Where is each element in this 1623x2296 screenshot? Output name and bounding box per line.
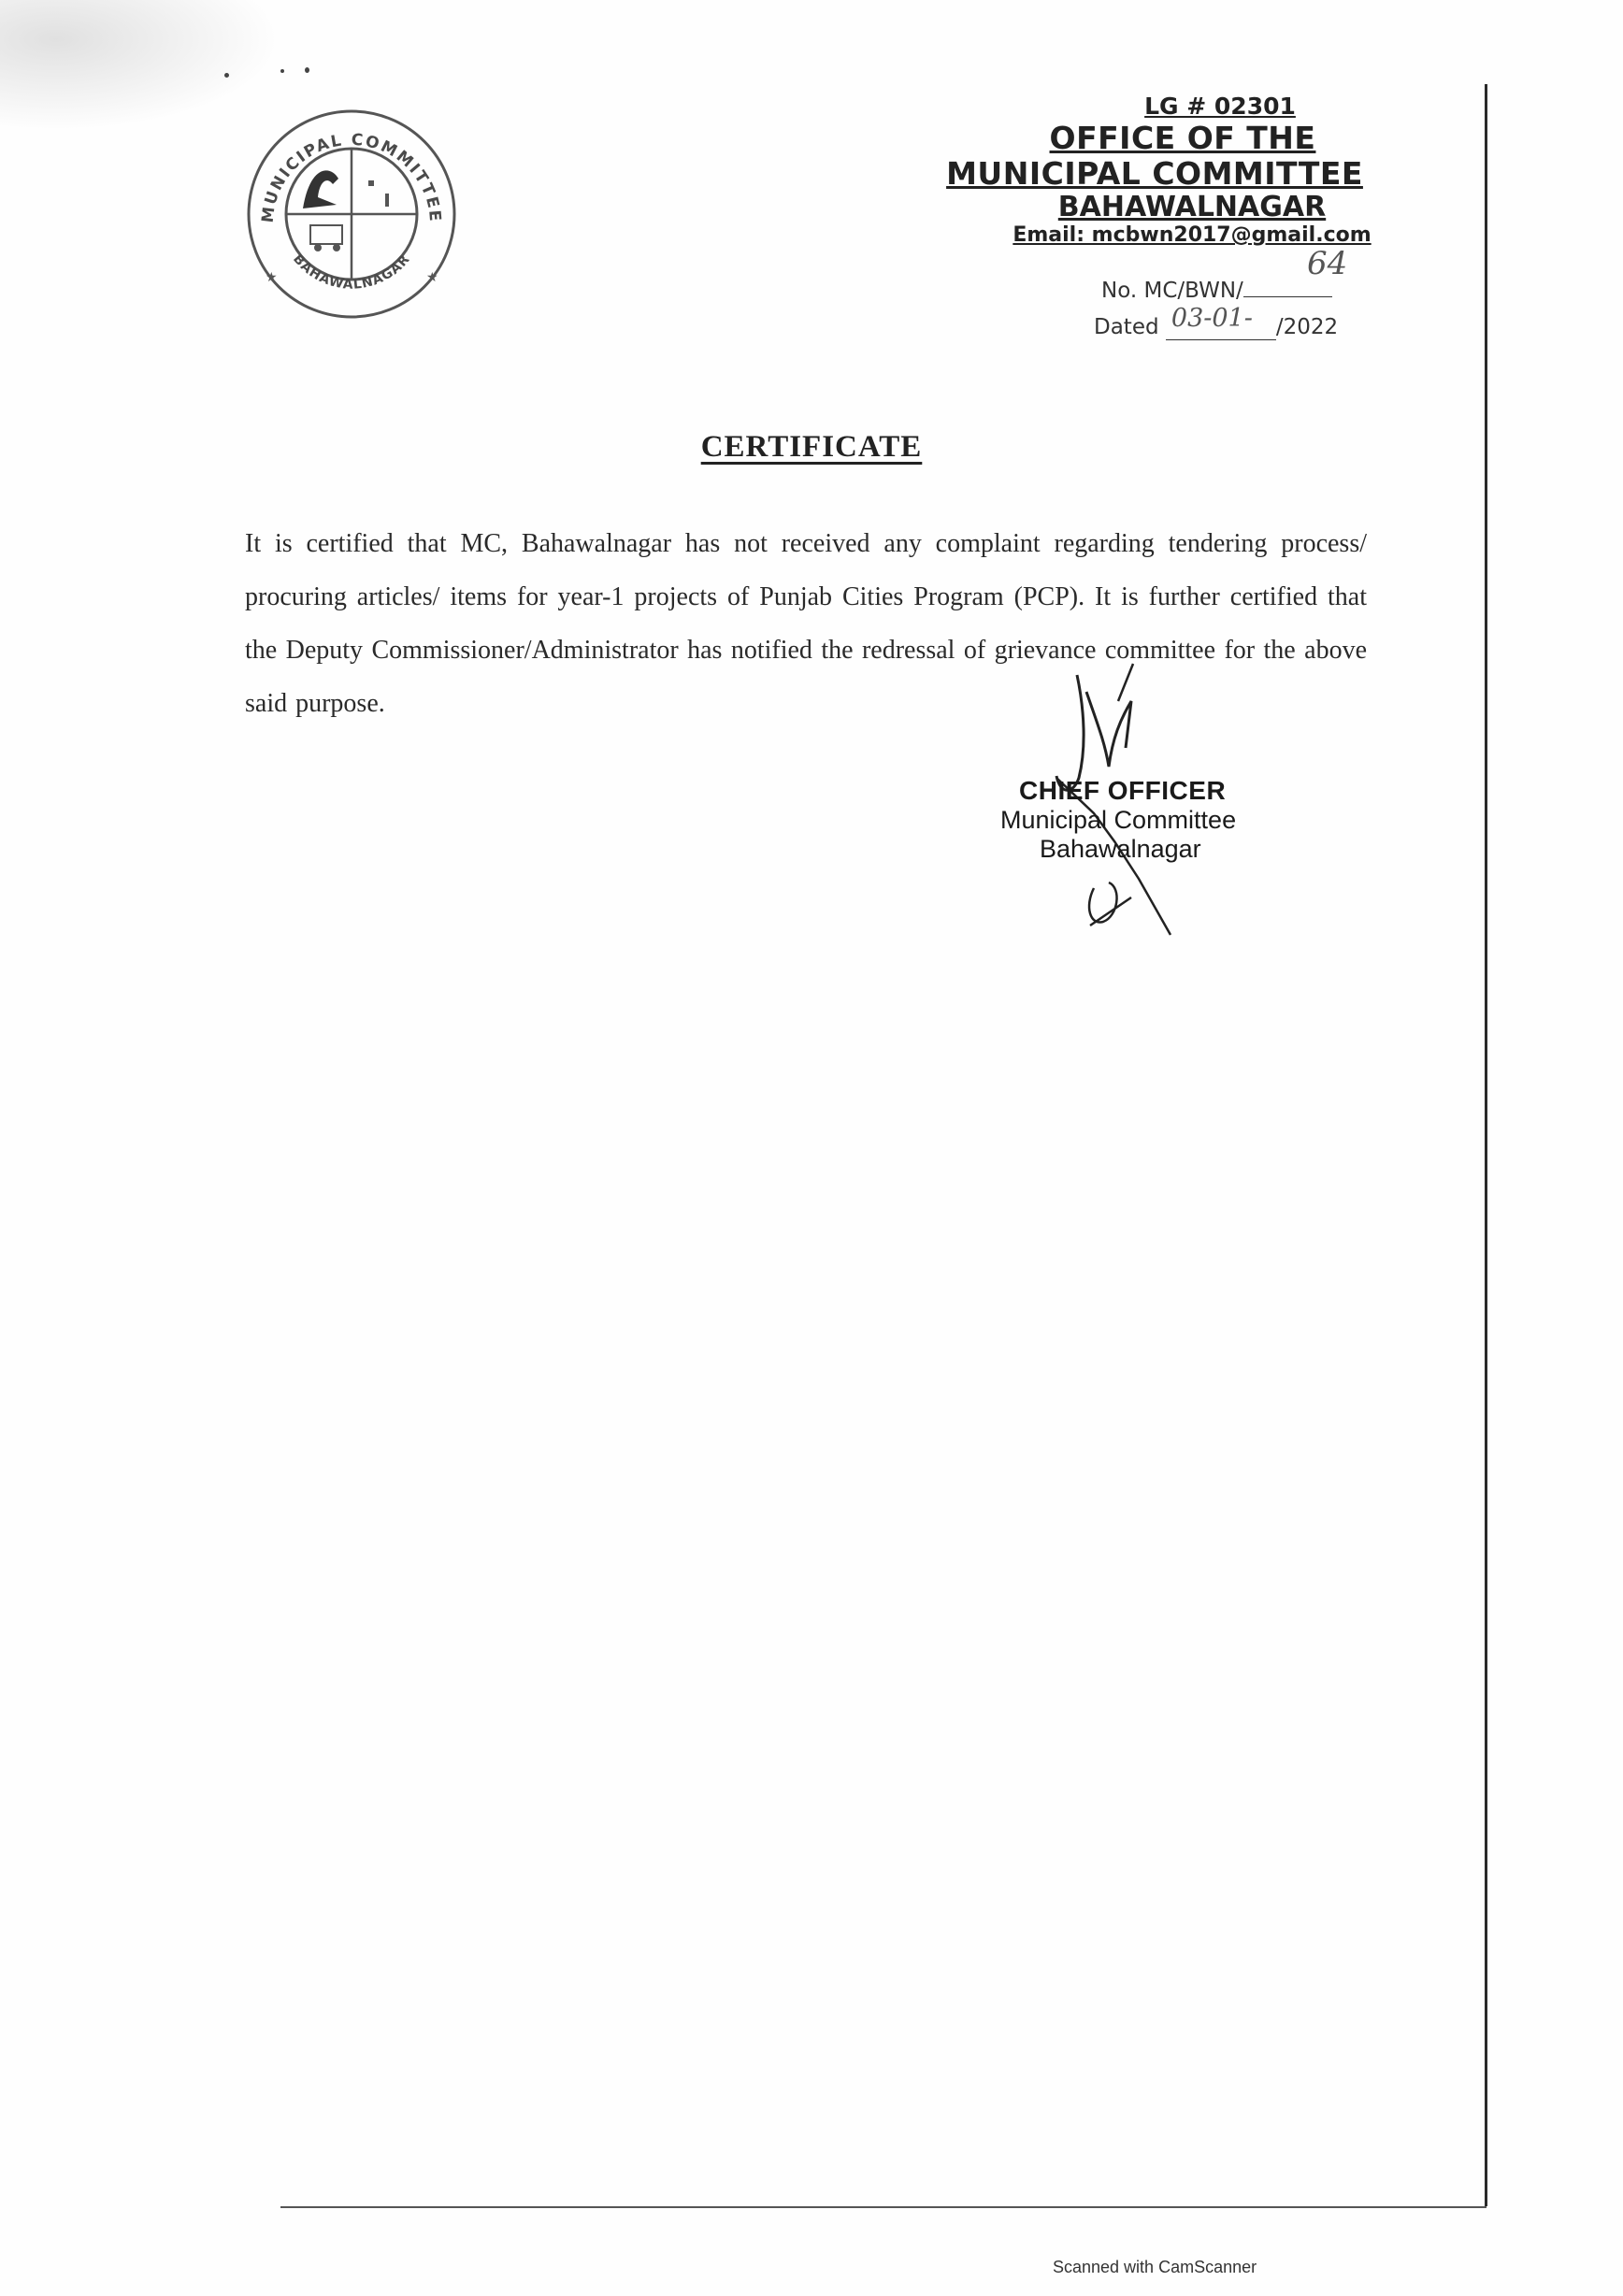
municipal-seal-icon: MUNICIPAL COMMITTEE BAHAWALNAGAR ★ ★ — [245, 108, 458, 321]
certificate-title: CERTIFICATE — [0, 430, 1623, 465]
scan-edge-bottom — [280, 2206, 1487, 2208]
reference-blank — [1243, 296, 1332, 297]
signatory-title: CHIEF OFFICER — [1019, 776, 1262, 806]
committee-line: MUNICIPAL COMMITTEE — [935, 156, 1374, 192]
dated-label: Dated — [1094, 315, 1159, 339]
scan-speck — [224, 73, 229, 78]
email-line: Email: mcbwn2017@gmail.com — [1010, 223, 1374, 247]
reference-label: No. MC/BWN/ — [1101, 279, 1243, 303]
svg-text:★: ★ — [426, 271, 438, 285]
signatory-organization: Municipal Committee — [1000, 806, 1262, 835]
lg-number: LG # 02301 — [1066, 93, 1374, 121]
date-blank: 03-01- — [1166, 315, 1276, 340]
scan-shadow — [0, 0, 280, 131]
city-line: BAHAWALNAGAR — [1010, 192, 1374, 224]
letterhead: LG # 02301 OFFICE OF THE MUNICIPAL COMMI… — [935, 93, 1374, 247]
date-line: Dated 03-01- /2022 — [1094, 315, 1338, 340]
scan-speck — [280, 69, 284, 73]
scan-speck — [305, 67, 309, 73]
dated-year: /2022 — [1276, 315, 1338, 339]
scanned-page: MUNICIPAL COMMITTEE BAHAWALNAGAR ★ ★ LG … — [0, 0, 1623, 2296]
signatory-block: CHIEF OFFICER Municipal Committee Bahawa… — [991, 776, 1262, 864]
scanner-watermark: Scanned with CamScanner — [1053, 2258, 1257, 2277]
signatory-city: Bahawalnagar — [1040, 835, 1262, 864]
svg-text:★: ★ — [266, 271, 278, 285]
reference-handwritten: 64 — [1307, 245, 1347, 282]
scan-edge-right — [1485, 84, 1487, 2206]
office-line: OFFICE OF THE — [991, 121, 1374, 156]
date-handwritten: 03-01- — [1171, 304, 1253, 333]
reference-number: No. MC/BWN/ — [1101, 279, 1332, 303]
